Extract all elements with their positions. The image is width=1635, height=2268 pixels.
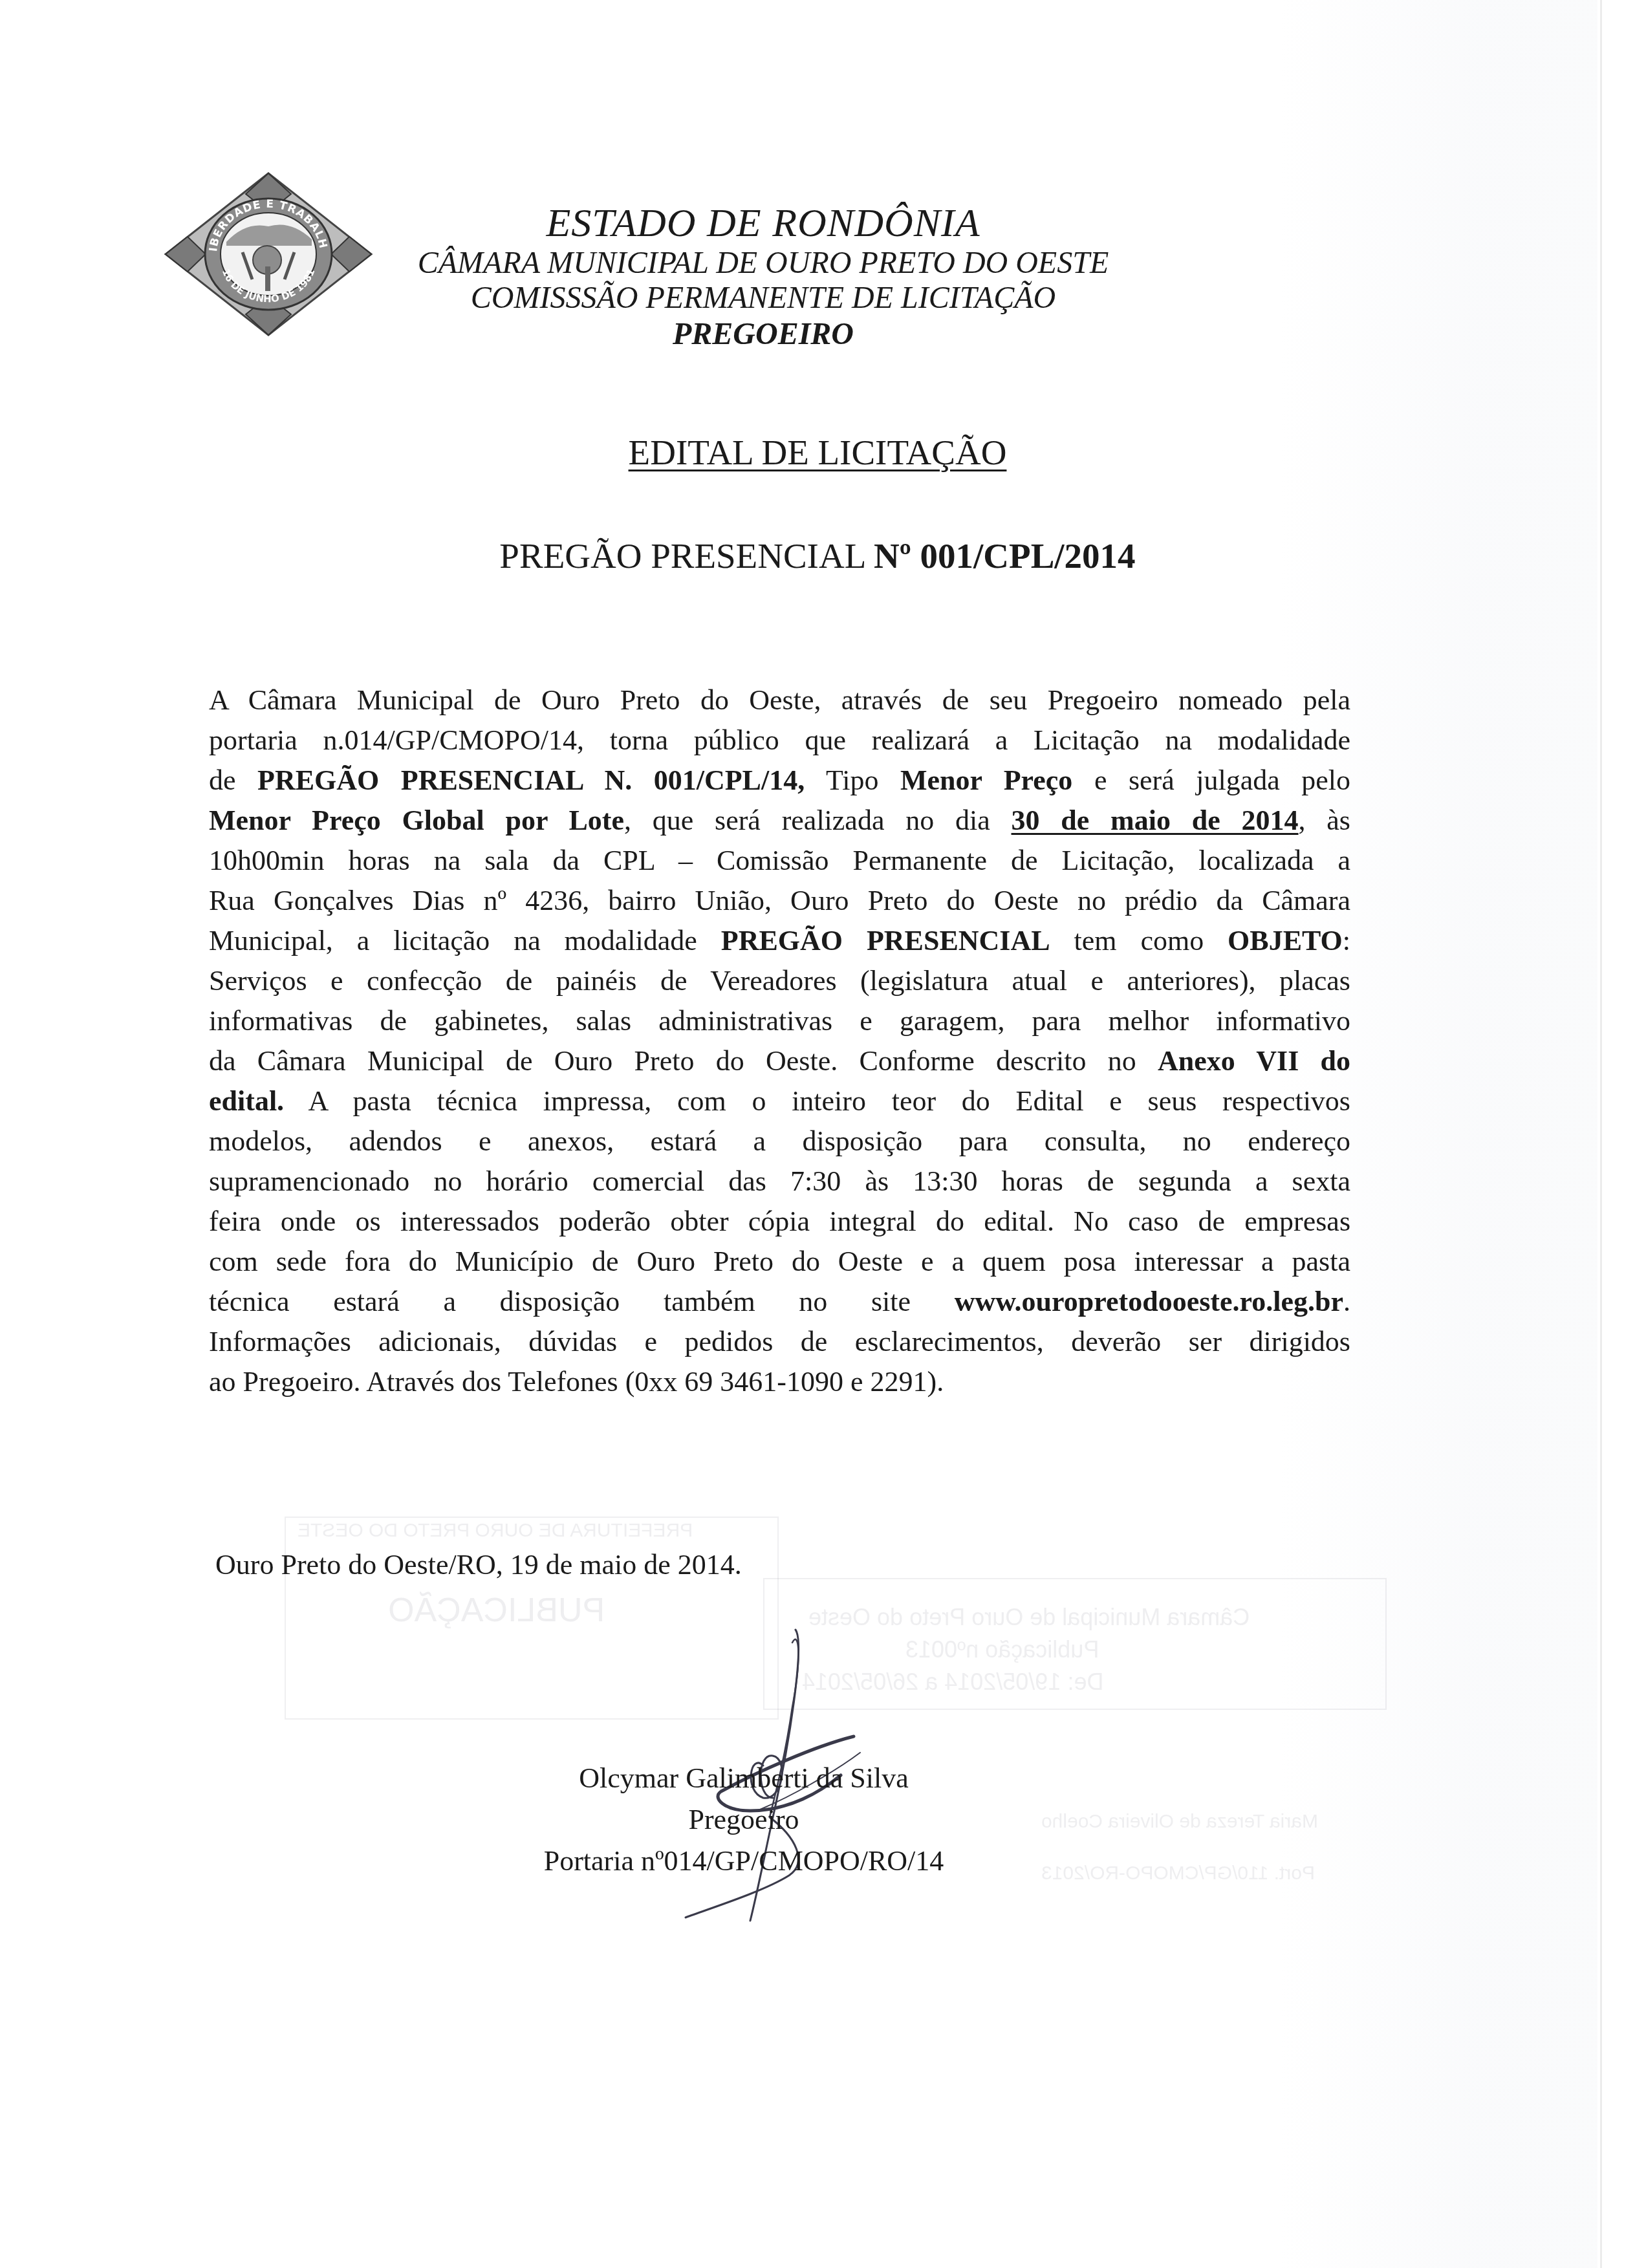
signature-block: Olcymar Galimberti da Silva Pregoeiro Po… [479,1758,1009,1882]
body-line: feira onde os interessados poderão obter… [209,1202,1350,1242]
body-text-segment: de [209,764,257,796]
body-text-segment: técnica estará a disposição também no si… [209,1286,955,1317]
body-line: portaria n.014/GP/CMOPO/14, torna públic… [209,720,1350,761]
body-text-segment: Municipal, a licitação na modalidade [209,925,721,956]
emphasized-text: edital. [209,1085,284,1117]
ghost-stamp-right-lower-line1: Maria Tereza de Oliveira Coelho [1041,1811,1318,1833]
body-line: edital. A pasta técnica impressa, com o … [209,1081,1350,1121]
letterhead: ESTADO DE RONDÔNIA CÂMARA MUNICIPAL DE O… [362,200,1164,353]
body-text-segment: supramencionado no horário comercial das… [209,1165,1350,1197]
commission-name: COMISSSÃO PERMANENTE DE LICITAÇÃO [362,281,1164,316]
body-line: da Câmara Municipal de Ouro Preto do Oes… [209,1041,1350,1081]
role-name: PREGOEIRO [362,316,1164,353]
body-line: informativas de gabinetes, salas adminis… [209,1001,1350,1041]
ghost-stamp-right-line2: Publicação nº0013 [905,1636,1099,1663]
body-line: Municipal, a licitação na modalidade PRE… [209,921,1350,961]
body-text-segment: informativas de gabinetes, salas adminis… [209,1005,1350,1037]
body-text-segment: . [1343,1286,1350,1317]
body-text-segment: feira onde os interessados poderão obter… [209,1205,1350,1237]
body-line: Menor Preço Global por Lote, que será re… [209,801,1350,841]
body-text-segment: da Câmara Municipal de Ouro Preto do Oes… [209,1045,1158,1077]
body-text-segment: Informações adicionais, dúvidas e pedido… [209,1326,1350,1357]
body-text-segment: modelos, adendos e anexos, estará a disp… [209,1125,1350,1157]
body-text-segment: A pasta técnica impressa, com o inteiro … [284,1085,1350,1117]
subtitle-number: Nº 001/CPL/2014 [874,536,1136,576]
body-text-segment: Tipo [805,764,900,796]
institution-name: CÂMARA MUNICIPAL DE OURO PRETO DO OESTE [362,246,1164,281]
emphasized-text: PREGÃO PRESENCIAL N. 001/CPL/14, [257,764,805,796]
body-text-segment: 10h00min horas na sala da CPL – Comissão… [209,845,1350,876]
document-title-text: EDITAL DE LICITAÇÃO [629,433,1007,472]
body-line: Serviços e confecção de painéis de Verea… [209,961,1350,1001]
body-line: modelos, adendos e anexos, estará a disp… [209,1121,1350,1161]
body-text-segment: tem como [1050,925,1228,956]
emphasized-text: Menor Preço Global por Lote [209,805,624,836]
body-text-segment: portaria n.014/GP/CMOPO/14, torna públic… [209,724,1350,756]
state-name: ESTADO DE RONDÔNIA [362,200,1164,246]
body-text-segment: Rua Gonçalves Dias nº 4236, bairro União… [209,885,1350,916]
ghost-stamp-right-lower-line2: Port. 110/GP/CMOPO-RO/2013 [1041,1863,1315,1885]
document-title: EDITAL DE LICITAÇÃO [0,432,1635,473]
body-line: com sede fora do Município de Ouro Preto… [209,1242,1350,1282]
body-text-segment: A Câmara Municipal de Ouro Preto do Oest… [209,684,1350,716]
body-text-segment: com sede fora do Município de Ouro Preto… [209,1246,1350,1277]
ghost-stamp-left-title: PUBLICAÇÃO [388,1591,605,1630]
emphasized-text: OBJETO [1228,925,1343,956]
body-line: ao Pregoeiro. Através dos Telefones (0xx… [209,1362,1350,1402]
document-subtitle: PREGÃO PRESENCIAL Nº 001/CPL/2014 [0,535,1635,577]
body-line: A Câmara Municipal de Ouro Preto do Oest… [209,680,1350,720]
body-text-segment: : [1343,925,1350,956]
emphasized-text: Anexo VII do [1158,1045,1350,1077]
body-text-segment: , que será realizada no dia [624,805,1012,836]
body-line: supramencionado no horário comercial das… [209,1161,1350,1202]
place-date: Ouro Preto do Oeste/RO, 19 de maio de 20… [215,1546,742,1584]
ghost-stamp-left-line: PREFEITURA DE OURO PRETO DO OESTE [298,1520,693,1542]
signatory-role: Pregoeiro [479,1799,1009,1841]
body-line: 10h00min horas na sala da CPL – Comissão… [209,841,1350,881]
body-line: técnica estará a disposição também no si… [209,1282,1350,1322]
emphasized-text: 30 de maio de 2014 [1012,805,1299,836]
emphasized-text: www.ouropretodooeste.ro.leg.br [955,1286,1343,1317]
signatory-ordinance: Portaria nº014/GP/CMOPO/RO/14 [479,1841,1009,1882]
subtitle-prefix: PREGÃO PRESENCIAL [499,536,874,576]
emphasized-text: PREGÃO PRESENCIAL [721,925,1050,956]
emphasized-text: Menor Preço [900,764,1072,796]
body-line: Rua Gonçalves Dias nº 4236, bairro União… [209,881,1350,921]
body-line: de PREGÃO PRESENCIAL N. 001/CPL/14, Tipo… [209,761,1350,801]
body-paragraph: A Câmara Municipal de Ouro Preto do Oest… [209,680,1350,1402]
signatory-name: Olcymar Galimberti da Silva [479,1758,1009,1799]
body-line: Informações adicionais, dúvidas e pedido… [209,1322,1350,1362]
coat-of-arms-icon: LIBERDADE E TRABALHO 16 DE JUNHO DE 1981 [162,169,375,339]
body-text-segment: Serviços e confecção de painéis de Verea… [209,965,1350,997]
body-text-segment: ao Pregoeiro. Através dos Telefones (0xx… [209,1366,944,1398]
body-text-segment: , às [1299,805,1350,836]
body-text-segment: e será julgada pelo [1072,764,1350,796]
page-edge [1600,0,1602,2268]
